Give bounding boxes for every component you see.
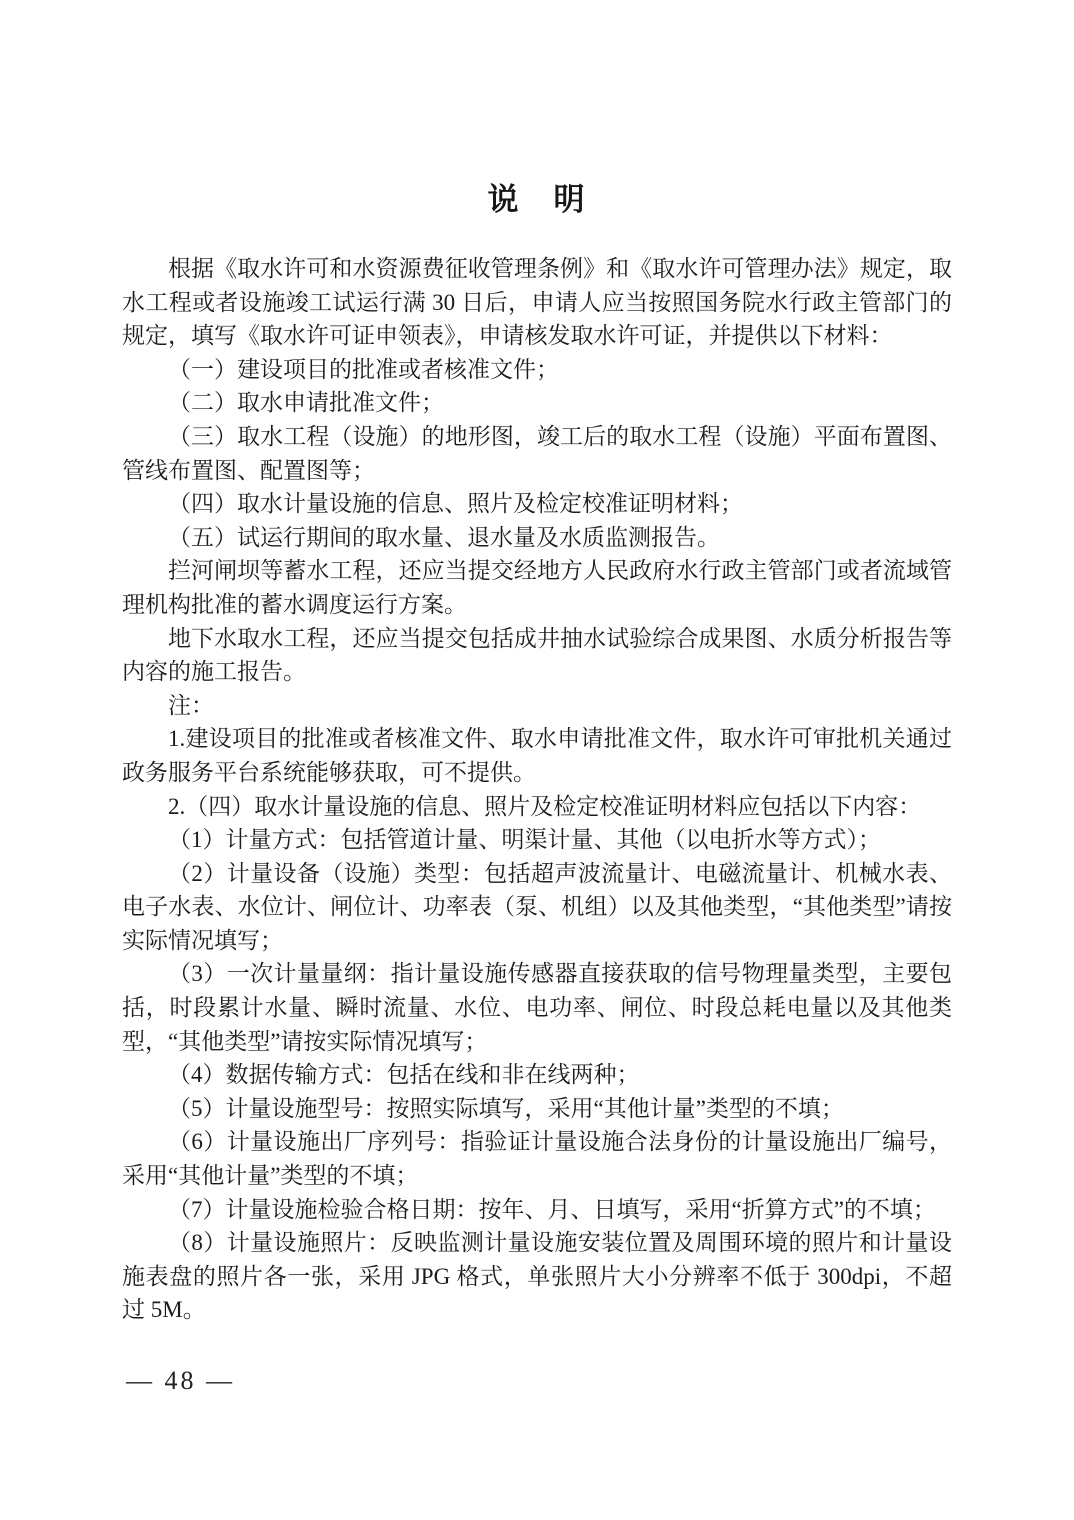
paragraph-note-2-8: （8）计量设施照片：反映监测计量设施安装位置及周围环境的照片和计量设施表盘的照片… [122, 1226, 952, 1327]
paragraph-item-5: （五）试运行期间的取水量、退水量及水质监测报告。 [122, 521, 952, 555]
paragraph-note-2-6: （6）计量设施出厂序列号：指验证计量设施合法身份的计量设施出厂编号，采用“其他计… [122, 1125, 952, 1192]
paragraph-note-1: 1.建设项目的批准或者核准文件、取水申请批准文件，取水许可审批机关通过政务服务平… [122, 722, 952, 789]
paragraph-item-1: （一）建设项目的批准或者核准文件； [122, 353, 952, 387]
page-title: 说 明 [0, 184, 1074, 215]
paragraph-item-3: （三）取水工程（设施）的地形图，竣工后的取水工程（设施）平面布置图、管线布置图、… [122, 420, 952, 487]
paragraph-note-2-7: （7）计量设施检验合格日期：按年、月、日填写，采用“折算方式”的不填； [122, 1193, 952, 1227]
paragraph-note-label: 注： [122, 689, 952, 723]
paragraph-item-2: （二）取水申请批准文件； [122, 386, 952, 420]
document-body: 根据《取水许可和水资源费征收管理条例》和《取水许可管理办法》规定，取水工程或者设… [122, 252, 952, 1327]
paragraph-intro: 根据《取水许可和水资源费征收管理条例》和《取水许可管理办法》规定，取水工程或者设… [122, 252, 952, 353]
paragraph-dam-works: 拦河闸坝等蓄水工程，还应当提交经地方人民政府水行政主管部门或者流域管理机构批准的… [122, 554, 952, 621]
paragraph-groundwater: 地下水取水工程，还应当提交包括成井抽水试验综合成果图、水质分析报告等内容的施工报… [122, 622, 952, 689]
paragraph-note-2-4: （4）数据传输方式：包括在线和非在线两种； [122, 1058, 952, 1092]
paragraph-item-4: （四）取水计量设施的信息、照片及检定校准证明材料； [122, 487, 952, 521]
paragraph-note-2-2: （2）计量设备（设施）类型：包括超声波流量计、电磁流量计、机械水表、电子水表、水… [122, 857, 952, 958]
paragraph-note-2: 2.（四）取水计量设施的信息、照片及检定校准证明材料应包括以下内容： [122, 790, 952, 824]
document-page: 说 明 根据《取水许可和水资源费征收管理条例》和《取水许可管理办法》规定，取水工… [0, 0, 1074, 1520]
paragraph-note-2-3: （3）一次计量量纲：指计量设施传感器直接获取的信号物理量类型，主要包括，时段累计… [122, 957, 952, 1058]
page-number: — 48 — [126, 1368, 235, 1394]
paragraph-note-2-1: （1）计量方式：包括管道计量、明渠计量、其他（以电折水等方式）； [122, 823, 952, 857]
paragraph-note-2-5: （5）计量设施型号：按照实际填写，采用“其他计量”类型的不填； [122, 1092, 952, 1126]
